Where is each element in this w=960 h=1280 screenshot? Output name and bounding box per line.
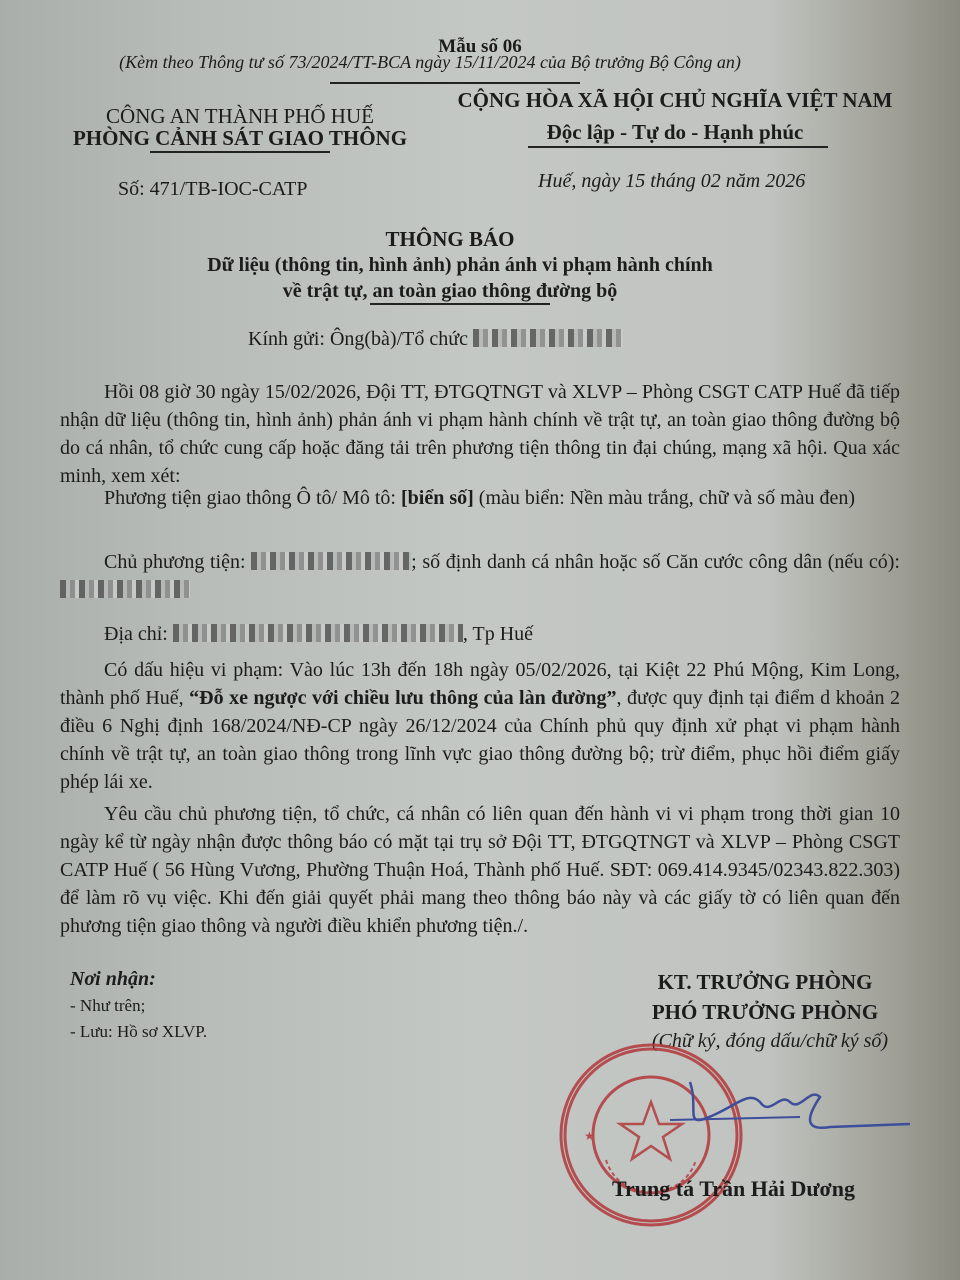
redacted-id-number — [60, 580, 190, 598]
greeting-label: Kính gửi: Ông(bà)/Tổ chức — [248, 328, 468, 350]
place-date: Huế, ngày 15 tháng 02 năm 2026 — [538, 170, 805, 193]
signer-name: Trung tá Trần Hải Dương — [612, 1176, 855, 1202]
recipient-item: - Như trên; — [70, 996, 145, 1016]
document-subtitle: Dữ liệu (thông tin, hình ảnh) phản ánh v… — [0, 254, 920, 277]
redacted-recipient — [473, 329, 623, 347]
form-reference: (Kèm theo Thông tư số 73/2024/TT-BCA ngà… — [0, 52, 860, 73]
department-name: PHÒNG CẢNH SÁT GIAO THÔNG — [40, 126, 440, 151]
greeting: Kính gửi: Ông(bà)/Tổ chức — [248, 328, 623, 351]
paragraph-request: Yêu cầu chủ phương tiện, tổ chức, cá nhâ… — [60, 800, 900, 940]
paragraph-intake: Hồi 08 giờ 30 ngày 15/02/2026, Đội TT, Đ… — [60, 378, 900, 490]
divider — [150, 151, 330, 153]
paragraph-address: Địa chỉ: , Tp Huế — [60, 620, 900, 648]
national-title: CỘNG HÒA XÃ HỘI CHỦ NGHĨA VIỆT NAM — [430, 88, 920, 113]
document-subtitle-2: về trật tự, an toàn giao thông đường bộ — [0, 280, 900, 303]
paragraph-vehicle: Phương tiện giao thông Ô tô/ Mô tô: [biể… — [60, 484, 900, 512]
paragraph-violation: Có dấu hiệu vi phạm: Vào lúc 13h đến 18h… — [60, 656, 900, 796]
license-plate: [biển số] — [401, 487, 474, 509]
notice-document: Mẫu số 06 (Kèm theo Thông tư số 73/2024/… — [0, 0, 960, 1280]
document-title: THÔNG BÁO — [0, 227, 900, 252]
paragraph-owner: Chủ phương tiện: ; số định danh cá nhân … — [60, 548, 900, 604]
document-number: Số: 471/TB-IOC-CATP — [118, 178, 307, 201]
redacted-owner-name — [251, 552, 411, 570]
national-motto: Độc lập - Tự do - Hạnh phúc — [430, 120, 920, 145]
divider — [528, 146, 828, 148]
recipients-title: Nơi nhận: — [70, 968, 156, 991]
signature-icon — [660, 1072, 920, 1152]
recipient-item: - Lưu: Hồ sơ XLVP. — [70, 1022, 207, 1042]
divider — [330, 82, 580, 84]
divider — [370, 303, 550, 305]
svg-text:★: ★ — [584, 1129, 595, 1143]
signer-title: PHÓ TRƯỞNG PHÒNG — [600, 1000, 930, 1025]
violation-description: “Đỗ xe ngược với chiều lưu thông của làn… — [189, 687, 616, 709]
signer-authority: KT. TRƯỞNG PHÒNG — [600, 970, 930, 995]
redacted-address — [173, 624, 463, 642]
